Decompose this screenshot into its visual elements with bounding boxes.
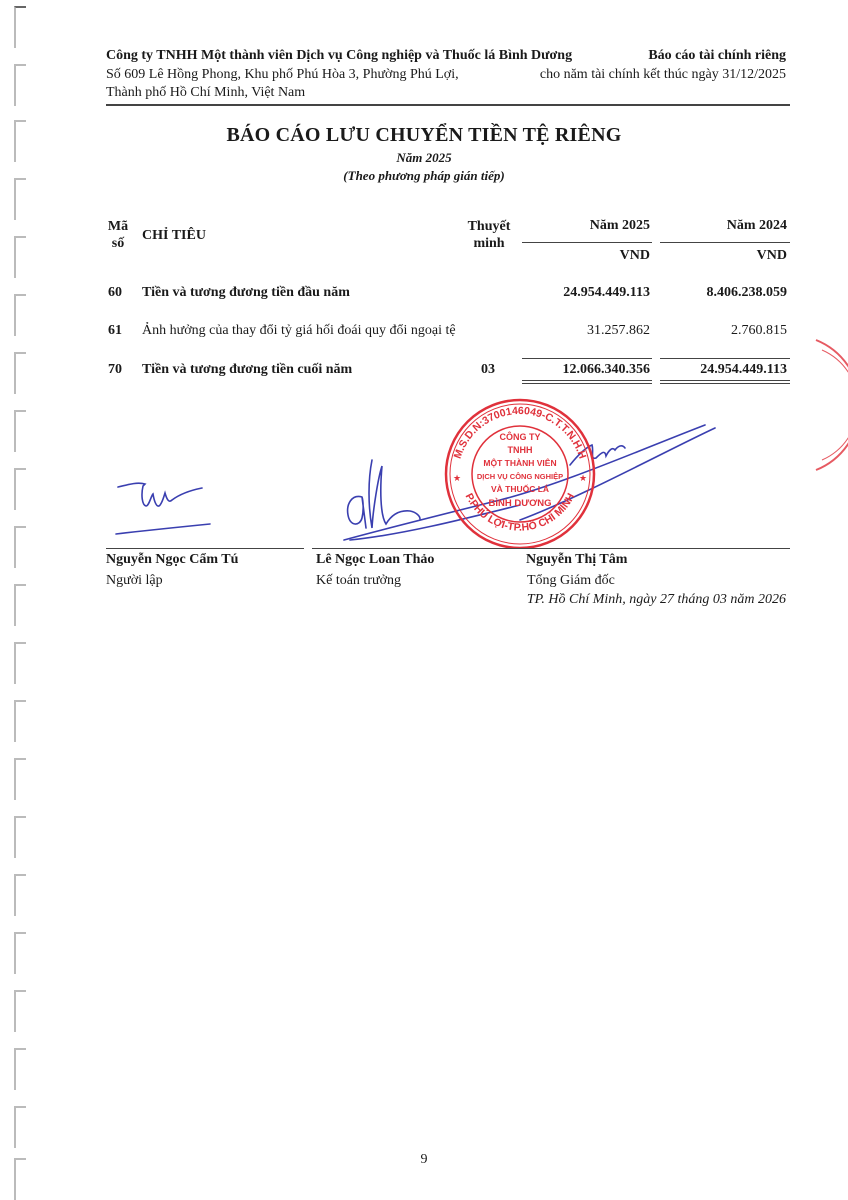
date-place: TP. Hồ Chí Minh, ngày 27 tháng 03 năm 20… xyxy=(527,592,786,608)
signature-rule xyxy=(312,548,790,549)
signer-name-general-director: Nguyễn Thị Tâm xyxy=(526,552,627,568)
signature-rule xyxy=(106,548,304,549)
svg-text:★: ★ xyxy=(453,473,461,483)
signer-name-preparer: Nguyễn Ngọc Cẩm Tú xyxy=(106,552,238,568)
stamp-line: CÔNG TY xyxy=(499,431,540,442)
signer-role-chief-accountant: Kế toán trưởng xyxy=(316,573,401,589)
stamp-line: VÀ THUỐC LÁ xyxy=(491,483,549,494)
svg-text:★: ★ xyxy=(579,473,587,483)
signer-role-preparer: Người lập xyxy=(106,573,163,589)
company-stamp: M.S.D.N:3700146049-C.T.T.N.H.H P.PHÚ LỢI… xyxy=(440,398,600,548)
partial-stamp-edge xyxy=(808,330,848,480)
signer-role-general-director: Tổng Giám đốc xyxy=(527,573,615,589)
stamp-line: BÌNH DƯƠNG xyxy=(489,498,552,509)
stamp-line: DỊCH VỤ CÔNG NGHIỆP xyxy=(477,472,563,481)
page-number: 9 xyxy=(0,1152,848,1168)
stamp-line: MỘT THÀNH VIÊN xyxy=(483,457,556,468)
stamp-line: TNHH xyxy=(508,445,533,455)
signer-name-chief-accountant: Lê Ngọc Loan Thảo xyxy=(316,552,434,568)
